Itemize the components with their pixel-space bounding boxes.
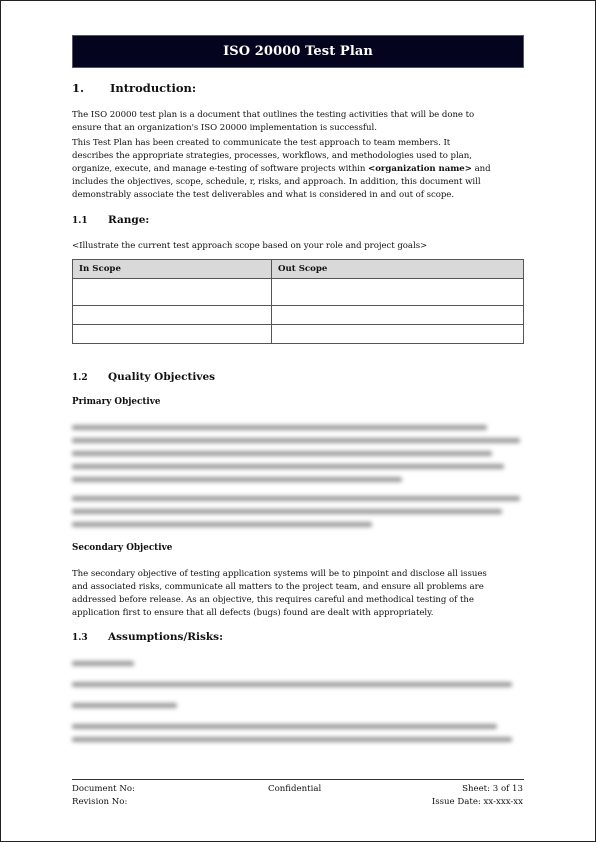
header-in-scope: In Scope xyxy=(73,260,272,279)
range-instruction: <Illustrate the current test approach sc… xyxy=(72,240,532,253)
footer-right: Sheet: 3 of 13 Issue Date: xx-xxx-xx xyxy=(432,783,523,809)
intro-paragraph-1: The ISO 20000 test plan is a document th… xyxy=(72,109,532,135)
revision-number-label: Revision No: xyxy=(72,796,135,809)
text-line: application first to ensure that all def… xyxy=(72,607,532,620)
section-title: Quality Objectives xyxy=(108,371,215,383)
text-fragment: and xyxy=(472,164,491,174)
table-row xyxy=(73,306,524,325)
text-line: and associated risks, communicate all ma… xyxy=(72,581,532,594)
footer-divider xyxy=(72,779,524,780)
section-title: Assumptions/Risks: xyxy=(108,631,223,643)
section-number: 1.3 xyxy=(72,633,108,643)
section-number: 1. xyxy=(72,81,110,95)
organization-name-placeholder: <organization name> xyxy=(368,164,472,174)
section-heading-quality-objectives: 1.2Quality Objectives xyxy=(72,371,215,383)
text-line: organize, execute, and manage e-testing … xyxy=(72,163,532,176)
text-fragment: organize, execute, and manage e-testing … xyxy=(72,164,368,174)
text-line: describes the appropriate strategies, pr… xyxy=(72,150,532,163)
footer-left: Document No: Revision No: xyxy=(72,783,135,809)
table-cell[interactable] xyxy=(272,325,524,344)
text-line: demonstrably associate the test delivera… xyxy=(72,189,532,202)
secondary-objective-label: Secondary Objective xyxy=(72,543,172,553)
assumptions-risks-blurred-text xyxy=(72,661,524,750)
footer-classification: Confidential xyxy=(268,783,321,796)
document-title: ISO 20000 Test Plan xyxy=(223,44,373,59)
document-number-label: Document No: xyxy=(72,783,135,796)
primary-objective-blurred-text xyxy=(72,425,524,535)
table-cell[interactable] xyxy=(73,325,272,344)
scope-table: In Scope Out Scope xyxy=(72,259,524,344)
document-title-bar: ISO 20000 Test Plan xyxy=(72,35,524,68)
text-line: ensure that an organization's ISO 20000 … xyxy=(72,122,532,135)
text-line: This Test Plan has been created to commu… xyxy=(72,137,532,150)
text-line: The ISO 20000 test plan is a document th… xyxy=(72,109,532,122)
section-heading-assumptions-risks: 1.3Assumptions/Risks: xyxy=(72,631,223,643)
intro-paragraph-2: This Test Plan has been created to commu… xyxy=(72,137,532,202)
table-cell[interactable] xyxy=(73,306,272,325)
section-title: Range: xyxy=(108,214,149,226)
section-heading-range: 1.1Range: xyxy=(72,214,149,226)
table-row xyxy=(73,325,524,344)
section-number: 1.2 xyxy=(72,373,108,383)
table-row xyxy=(73,279,524,306)
primary-objective-label: Primary Objective xyxy=(72,397,160,407)
table-cell[interactable] xyxy=(272,279,524,306)
secondary-objective-text: The secondary objective of testing appli… xyxy=(72,568,532,620)
section-heading-introduction: 1.Introduction: xyxy=(72,81,196,95)
text-line: The secondary objective of testing appli… xyxy=(72,568,532,581)
section-title: Introduction: xyxy=(110,81,196,95)
header-out-scope: Out Scope xyxy=(272,260,524,279)
table-cell[interactable] xyxy=(73,279,272,306)
text-line: addressed before release. As an objectiv… xyxy=(72,594,532,607)
text-line: includes the objectives, scope, schedule… xyxy=(72,176,532,189)
sheet-number: Sheet: 3 of 13 xyxy=(432,783,523,796)
section-number: 1.1 xyxy=(72,216,108,226)
table-cell[interactable] xyxy=(272,306,524,325)
table-header-row: In Scope Out Scope xyxy=(73,260,524,279)
issue-date: Issue Date: xx-xxx-xx xyxy=(432,796,523,809)
